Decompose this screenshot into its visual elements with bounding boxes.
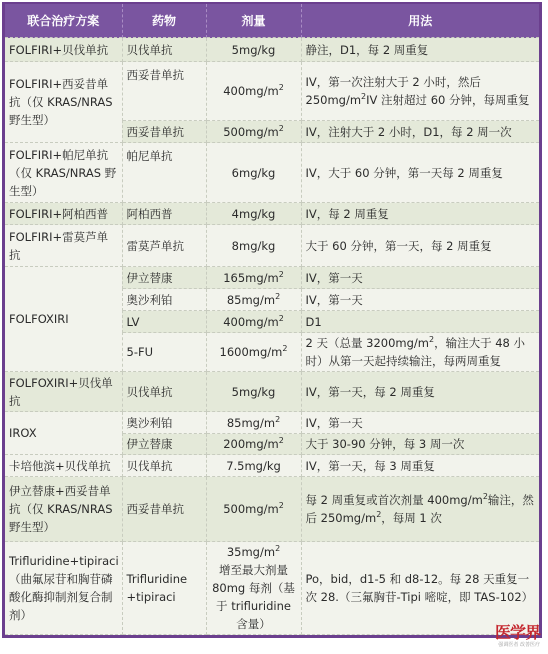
usage-cell: IV，第一天 [301, 289, 539, 311]
dose-cell: 500mg/m2 [206, 121, 301, 143]
table-row: IROX 奥沙利铂 85mg/m2 IV，第一天 [5, 412, 539, 434]
table-row: FOLFIRI+帕尼单抗（仅 KRAS/NRAS 野生型） 帕尼单抗 6mg/k… [5, 143, 539, 203]
dose-cell: 7.5mg/kg [206, 455, 301, 477]
header-dose: 剂量 [206, 4, 301, 38]
regimen-cell: FOLFOXIRI+贝伐单抗 [5, 372, 122, 412]
logo-tagline: 强调医者 改善医疗 [495, 642, 540, 649]
drug-cell: 伊立替康 [122, 434, 206, 455]
dose-cell: 5mg/kg [206, 38, 301, 62]
usage-cell: IV，第一天，每 3 周重复 [301, 455, 539, 477]
regimen-cell: 卡培他滨+贝伐单抗 [5, 455, 122, 477]
dose-cell: 85mg/m2 [206, 289, 301, 311]
drug-cell: 奥沙利铂 [122, 412, 206, 434]
dose-cell: 1600mg/m2 [206, 333, 301, 372]
usage-cell: 静注，D1，每 2 周重复 [301, 38, 539, 62]
drug-cell: 奥沙利铂 [122, 289, 206, 311]
drug-cell: LV [122, 311, 206, 333]
regimen-cell: Trifluridine+tipiraci（曲氟尿苷和胸苷磷酸化酶抑制剂复合制剂… [5, 542, 122, 635]
drug-cell: 雷莫芦单抗 [122, 225, 206, 267]
drug-cell: 帕尼单抗 [122, 143, 206, 203]
usage-cell: IV，注射大于 2 小时，D1，每 2 周一次 [301, 121, 539, 143]
regimen-table-frame: 联合治疗方案 药物 剂量 用法 FOLFIRI+贝伐单抗 贝伐单抗 5mg/kg… [2, 2, 542, 638]
regimen-cell: 伊立替康+西妥昔单抗（仅 KRAS/NRAS 野生型） [5, 477, 122, 542]
drug-cell: 贝伐单抗 [122, 372, 206, 412]
regimen-cell: FOLFIRI+贝伐单抗 [5, 38, 122, 62]
dose-cell: 5mg/kg [206, 372, 301, 412]
drug-cell: Trifluridine +tipiraci [122, 542, 206, 635]
usage-cell: Po，bid，d1-5 和 d8-12。每 28 天重复一次 28.（三氟胸苷-… [301, 542, 539, 635]
usage-cell: IV，每 2 周重复 [301, 203, 539, 225]
table-row: FOLFIRI+阿柏西普 阿柏西普 4mg/kg IV，每 2 周重复 [5, 203, 539, 225]
header-usage: 用法 [301, 4, 539, 38]
table-row: 卡培他滨+贝伐单抗 贝伐单抗 7.5mg/kg IV，第一天，每 3 周重复 [5, 455, 539, 477]
dose-cell: 165mg/m2 [206, 267, 301, 289]
table-row: 伊立替康+西妥昔单抗（仅 KRAS/NRAS 野生型） 西妥昔单抗 500mg/… [5, 477, 539, 542]
usage-cell: D1 [301, 311, 539, 333]
drug-cell: 西妥昔单抗 [122, 121, 206, 143]
usage-cell: IV，第一次注射大于 2 小时，然后 250mg/m2IV 注射超过 60 分钟… [301, 62, 539, 121]
dose-cell: 8mg/kg [206, 225, 301, 267]
table-row: FOLFIRI+雷莫芦单抗 雷莫芦单抗 8mg/kg 大于 60 分钟，第一天，… [5, 225, 539, 267]
regimen-cell: FOLFIRI+西妥昔单抗（仅 KRAS/NRAS 野生型） [5, 62, 122, 143]
drug-cell: 西妥昔单抗 [122, 477, 206, 542]
dose-cell: 85mg/m2 [206, 412, 301, 434]
table-row: FOLFIRI+贝伐单抗 贝伐单抗 5mg/kg 静注，D1，每 2 周重复 [5, 38, 539, 62]
drug-cell: 贝伐单抗 [122, 38, 206, 62]
table-row: FOLFOXIRI+贝伐单抗 贝伐单抗 5mg/kg IV，第一天，每 2 周重… [5, 372, 539, 412]
logo-wordmark: 医学界 [495, 624, 540, 642]
header-regimen: 联合治疗方案 [5, 4, 122, 38]
table-header-row: 联合治疗方案 药物 剂量 用法 [5, 4, 539, 38]
dose-cell: 35mg/m2增至最大剂量 80mg 每剂（基于 trifluridine 含量… [206, 542, 301, 635]
regimen-cell: IROX [5, 412, 122, 455]
regimen-cell: FOLFIRI+帕尼单抗（仅 KRAS/NRAS 野生型） [5, 143, 122, 203]
regimen-cell: FOLFOXIRI [5, 267, 122, 372]
usage-cell: 大于 60 分钟，第一天，每 2 周重复 [301, 225, 539, 267]
regimen-cell: FOLFIRI+雷莫芦单抗 [5, 225, 122, 267]
publisher-logo: 医学界 强调医者 改善医疗 [495, 624, 540, 649]
regimen-table: 联合治疗方案 药物 剂量 用法 FOLFIRI+贝伐单抗 贝伐单抗 5mg/kg… [5, 4, 539, 635]
drug-cell: 贝伐单抗 [122, 455, 206, 477]
usage-cell: 大于 30-90 分钟，每 3 周一次 [301, 434, 539, 455]
table-row: FOLFOXIRI 伊立替康 165mg/m2 IV，第一天 [5, 267, 539, 289]
dose-cell: 200mg/m2 [206, 434, 301, 455]
drug-cell: 阿柏西普 [122, 203, 206, 225]
drug-cell: 西妥昔单抗 [122, 62, 206, 121]
drug-cell: 伊立替康 [122, 267, 206, 289]
table-row: Trifluridine+tipiraci（曲氟尿苷和胸苷磷酸化酶抑制剂复合制剂… [5, 542, 539, 635]
usage-cell: IV，第一天 [301, 267, 539, 289]
header-drug: 药物 [122, 4, 206, 38]
dose-cell: 400mg/m2 [206, 311, 301, 333]
usage-cell: IV，大于 60 分钟，第一天每 2 周重复 [301, 143, 539, 203]
usage-cell: IV，第一天，每 2 周重复 [301, 372, 539, 412]
regimen-cell: FOLFIRI+阿柏西普 [5, 203, 122, 225]
usage-cell: 每 2 周重复或首次剂量 400mg/m2输注，然后 250mg/m2，每周 1… [301, 477, 539, 542]
usage-cell: 2 天（总量 3200mg/m2，输注大于 48 小时）从第一天起持续输注，每两… [301, 333, 539, 372]
dose-cell: 4mg/kg [206, 203, 301, 225]
dose-cell: 400mg/m2 [206, 62, 301, 121]
drug-cell: 5-FU [122, 333, 206, 372]
usage-cell: IV，第一天 [301, 412, 539, 434]
dose-cell: 6mg/kg [206, 143, 301, 203]
dose-cell: 500mg/m2 [206, 477, 301, 542]
table-row: FOLFIRI+西妥昔单抗（仅 KRAS/NRAS 野生型） 西妥昔单抗 400… [5, 62, 539, 121]
